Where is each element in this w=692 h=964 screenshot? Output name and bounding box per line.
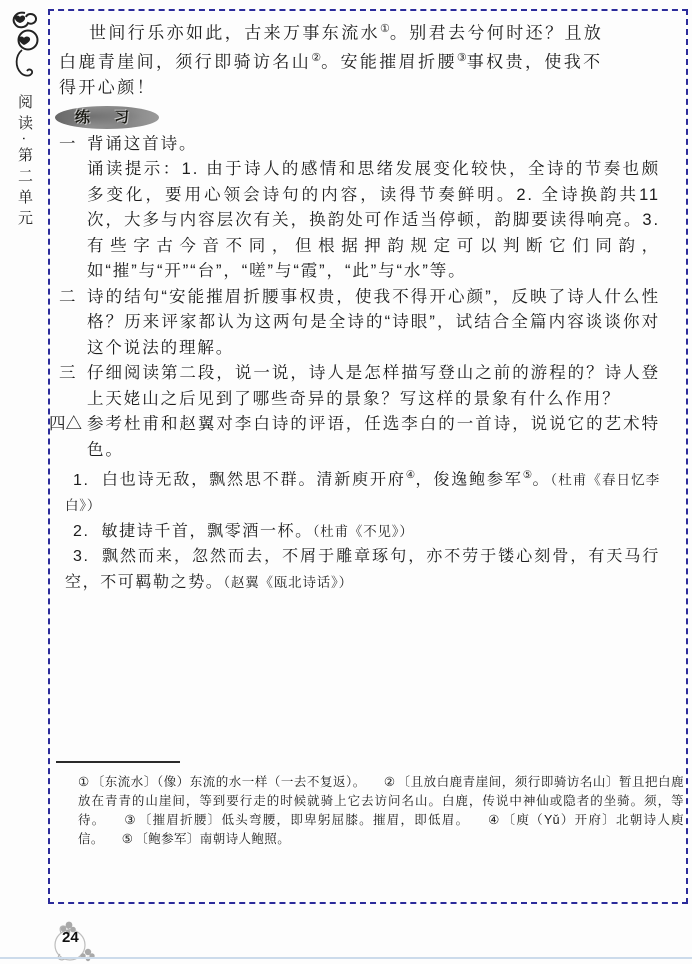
quote-item-1: 1.白也诗无敌，飘然思不群。清新庾开府④，俊逸鲍参军⑤。（杜甫《春日忆李白》）: [65, 463, 660, 518]
quote-number: 3.: [73, 548, 90, 565]
footnote-marker: ④: [488, 813, 500, 827]
poem-text: 世间行乐亦如此，古来万事东流水: [89, 24, 380, 43]
exercise-item-1: 一 背诵这首诗。: [59, 132, 660, 158]
poem-text: 事权贵，使我不: [467, 53, 603, 72]
exercise-1-reading-hint: 诵读提示：1. 由于诗人的感情和思绪发展变化较快，全诗的节奏也颇多变化，要用心领…: [87, 157, 660, 285]
bottom-edge-rule: [0, 957, 692, 959]
exercise-item-2: 二 诗的结句“安能摧眉折腰事权贵，使我不得开心颜”，反映了诗人什么性格？历来评家…: [59, 285, 660, 362]
page-number: 24: [62, 929, 79, 946]
exercise-number-text: 四: [49, 415, 66, 433]
page-frame: 世间行乐亦如此，古来万事东流水①。别君去兮何时还？且放 白鹿青崖间，须行即骑访名…: [48, 9, 688, 904]
exercise-text: 仔细阅读第二段，说一说，诗人是怎样描写登山之前的游程的？诗人登上天姥山之后见到了…: [87, 361, 660, 412]
exercise-item-4: 四△ 参考杜甫和赵翼对李白诗的评语，任选李白的一首诗，说说它的艺术特色。: [59, 412, 660, 463]
exercises-header-label: 练 习: [75, 109, 139, 126]
footnote-text: 〔摧眉折腰〕低头弯腰，即卑躬屈膝。摧眉，即低眉。: [139, 813, 470, 827]
exercise-text: 参考杜甫和赵翼对李白诗的评语，任选李白的一首诗，说说它的艺术特色。: [87, 412, 660, 463]
footnote-text: 〔鲍参军〕南朝诗人鲍照。: [135, 832, 290, 846]
quote-text: 白也诗无敌，飘然思不群。清新庾开府: [102, 472, 406, 489]
quote-text: 飘然而来，忽然而去，不屑于雕章琢句，亦不劳于镂心刻骨，有天马行空，不可羁勒之势。: [65, 548, 660, 591]
poem-text: 得开心颜！: [59, 78, 156, 97]
quote-source: （杜甫《不见》）: [313, 524, 414, 539]
footnote-ref-4: ④: [406, 469, 416, 481]
poem-paragraph: 世间行乐亦如此，古来万事东流水①。别君去兮何时还？且放 白鹿青崖间，须行即骑访名…: [59, 17, 660, 101]
quote-source: （赵翼《瓯北诗话》）: [223, 575, 353, 590]
footnote-ref-5: ⑤: [523, 469, 533, 481]
corner-flourish-icon: [8, 10, 46, 82]
critic-quotes-list: 1.白也诗无敌，飘然思不群。清新庾开府④，俊逸鲍参军⑤。（杜甫《春日忆李白》） …: [65, 463, 660, 595]
exercise-number: 一: [59, 132, 87, 158]
footnote-5: ⑤〔鲍参军〕南朝诗人鲍照。: [122, 832, 290, 846]
poem-line: 世间行乐亦如此，古来万事东流水①。别君去兮何时还？且放: [59, 17, 660, 46]
sidebar-unit-label: 阅读·第二单元: [14, 94, 35, 231]
footnote-marker: ①: [78, 775, 90, 789]
footnotes-paragraph: ①〔东流水〕（像）东流的水一样（一去不复返）。 ②〔且放白鹿青崖间，须行即骑访名…: [78, 773, 684, 849]
footnote-1: ①〔东流水〕（像）东流的水一样（一去不复返）。: [78, 775, 366, 789]
footnote-ref-2: ②: [311, 52, 321, 64]
exercise-text: 诗的结句“安能摧眉折腰事权贵，使我不得开心颜”，反映了诗人什么性格？历来评家都认…: [87, 285, 660, 362]
exercises-header-badge: 练 习: [55, 106, 159, 129]
footnote-separator: [56, 761, 180, 763]
footnote-ref-3: ③: [457, 52, 467, 64]
poem-text: 。安能摧眉折腰: [321, 53, 457, 72]
footnote-3: ③〔摧眉折腰〕低头弯腰，即卑躬屈膝。摧眉，即低眉。: [124, 813, 469, 827]
poem-text: 。别君去兮何时还？且放: [390, 24, 603, 43]
quote-text: 敏捷诗千首，飘零酒一杯。: [102, 523, 313, 540]
exercise-text: 背诵这首诗。: [87, 132, 660, 158]
footnote-marker: ⑤: [122, 832, 134, 846]
poem-line: 白鹿青崖间，须行即骑访名山②。安能摧眉折腰③事权贵，使我不: [59, 46, 660, 75]
exercise-number: 四△: [49, 412, 87, 463]
poem-line: 得开心颜！: [59, 75, 660, 101]
exercise-number: 三: [59, 361, 87, 412]
footnote-marker: ②: [384, 775, 396, 789]
footnote-marker: ③: [124, 813, 136, 827]
footnote-text: 〔东流水〕（像）东流的水一样（一去不复返）。: [92, 775, 366, 789]
exercise-number: 二: [59, 285, 87, 362]
poem-text: 白鹿青崖间，须行即骑访名山: [59, 53, 311, 72]
quote-number: 1.: [73, 472, 90, 489]
page-number-badge: 24: [50, 920, 98, 962]
quote-item-3: 3.飘然而来，忽然而去，不屑于雕章琢句，亦不劳于镂心刻骨，有天马行空，不可羁勒之…: [65, 544, 660, 595]
exercise-item-3: 三 仔细阅读第二段，说一说，诗人是怎样描写登山之前的游程的？诗人登上天姥山之后见…: [59, 361, 660, 412]
quote-text: ，俊逸鲍参军: [416, 472, 523, 489]
quote-text: 。: [533, 472, 551, 489]
footnote-ref-1: ①: [380, 23, 390, 35]
quote-number: 2.: [73, 523, 90, 540]
quote-item-2: 2.敏捷诗千首，飘零酒一杯。（杜甫《不见》）: [65, 519, 660, 545]
triangle-marker: △: [66, 415, 83, 433]
